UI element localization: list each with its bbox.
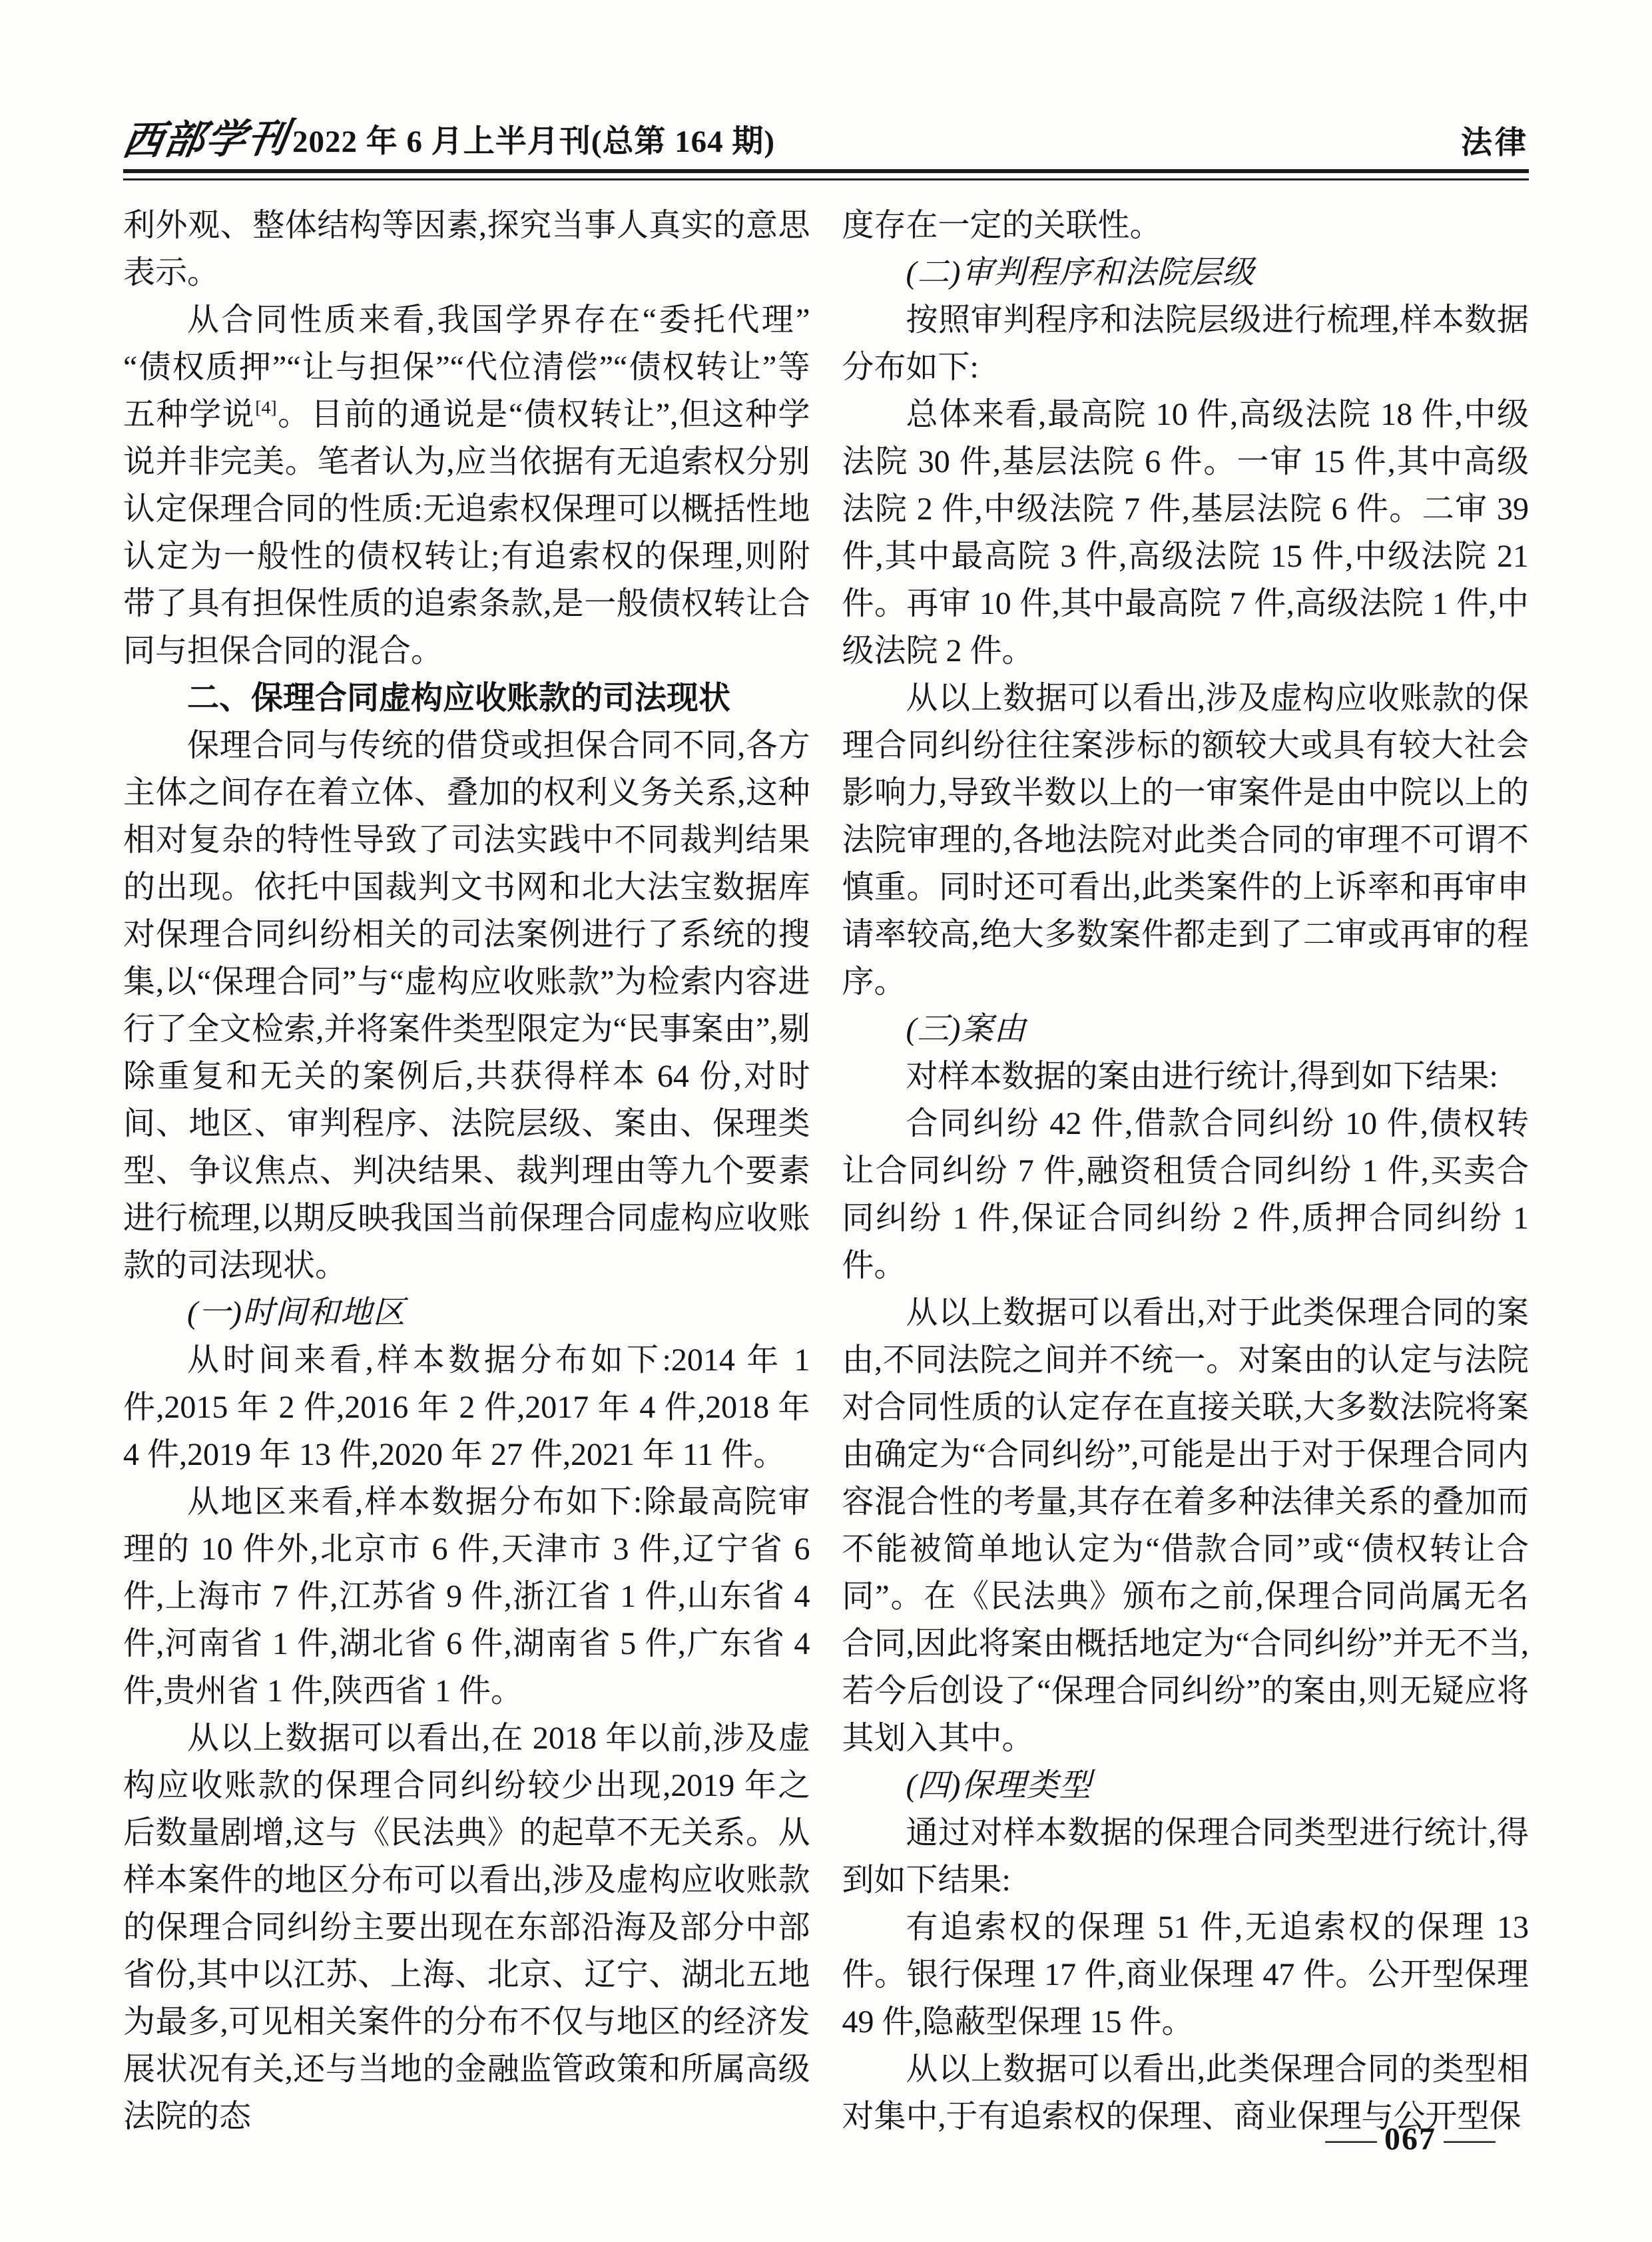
- issue-info: 2022 年 6 月上半月刊(总第 164 期): [292, 125, 775, 160]
- page-footer: — 067 —: [1335, 2123, 1486, 2155]
- paragraph: 从以上数据可以看出,在 2018 年以前,涉及虚构应收账款的保理合同纠纷较少出现…: [123, 1715, 810, 2140]
- subsection-heading-1: (一)时间和地区: [123, 1289, 810, 1336]
- paragraph: 从时间来看,样本数据分布如下:2014 年 1 件,2015 年 2 件,201…: [123, 1336, 810, 1478]
- paragraph: 总体来看,最高院 10 件,高级法院 18 件,中级法院 30 件,基层法院 6…: [842, 391, 1529, 675]
- subsection-heading-4: (四)保理类型: [842, 1762, 1529, 1809]
- subsection-heading-2: (二)审判程序和法院层级: [842, 249, 1529, 296]
- page-header: 西部学刊 2022 年 6 月上半月刊(总第 164 期) 法律: [123, 100, 1529, 160]
- paragraph: 按照审判程序和法院层级进行梳理,样本数据分布如下:: [842, 296, 1529, 391]
- header-double-rule: [123, 169, 1529, 180]
- paragraph: 从合同性质来看,我国学界存在“委托代理”“债权质押”“让与担保”“代位清偿”“债…: [123, 296, 810, 675]
- paragraph: 合同纠纷 42 件,借款合同纠纷 10 件,债权转让合同纠纷 7 件,融资租赁合…: [842, 1100, 1529, 1289]
- subsection-heading-3: (三)案由: [842, 1005, 1529, 1053]
- paragraph: 通过对样本数据的保理合同类型进行统计,得到如下结果:: [842, 1809, 1529, 1904]
- journal-page: 西部学刊 2022 年 6 月上半月刊(总第 164 期) 法律 利外观、整体结…: [0, 0, 1652, 2242]
- paragraph: 对样本数据的案由进行统计,得到如下结果:: [842, 1053, 1529, 1100]
- section-label: 法律: [1461, 125, 1529, 160]
- section-heading-2: 二、保理合同虚构应收账款的司法现状: [123, 675, 810, 722]
- right-column: 度存在一定的关联性。 (二)审判程序和法院层级 按照审判程序和法院层级进行梳理,…: [842, 202, 1529, 2140]
- article-body: 利外观、整体结构等因素,探究当事人真实的意思表示。 从合同性质来看,我国学界存在…: [123, 202, 1529, 2140]
- footnote-ref-4: [4]: [255, 398, 276, 418]
- page-number: 067: [1384, 2123, 1436, 2155]
- paragraph-text: 。目前的通说是“债权转让”,但这种学说并非完美。笔者认为,应当依据有无追索权分别…: [123, 397, 810, 669]
- paragraph: 从以上数据可以看出,对于此类保理合同的案由,不同法院之间并不统一。对案由的认定与…: [842, 1289, 1529, 1762]
- header-left: 西部学刊 2022 年 6 月上半月刊(总第 164 期): [123, 120, 775, 160]
- paragraph-continuation: 利外观、整体结构等因素,探究当事人真实的意思表示。: [123, 202, 810, 296]
- paragraph-continuation: 度存在一定的关联性。: [842, 202, 1529, 249]
- journal-logo: 西部学刊: [120, 119, 292, 161]
- footer-left-dash: —: [1326, 2123, 1377, 2155]
- left-column: 利外观、整体结构等因素,探究当事人真实的意思表示。 从合同性质来看,我国学界存在…: [123, 202, 810, 2140]
- paragraph: 从以上数据可以看出,涉及虚构应收账款的保理合同纠纷往往案涉标的额较大或具有较大社…: [842, 675, 1529, 1005]
- paragraph: 有追索权的保理 51 件,无追索权的保理 13 件。银行保理 17 件,商业保理…: [842, 1904, 1529, 2046]
- paragraph: 保理合同与传统的借贷或担保合同不同,各方主体之间存在着立体、叠加的权利义务关系,…: [123, 722, 810, 1289]
- footer-right-dash: —: [1444, 2123, 1496, 2155]
- paragraph: 从地区来看,样本数据分布如下:除最高院审理的 10 件外,北京市 6 件,天津市…: [123, 1478, 810, 1715]
